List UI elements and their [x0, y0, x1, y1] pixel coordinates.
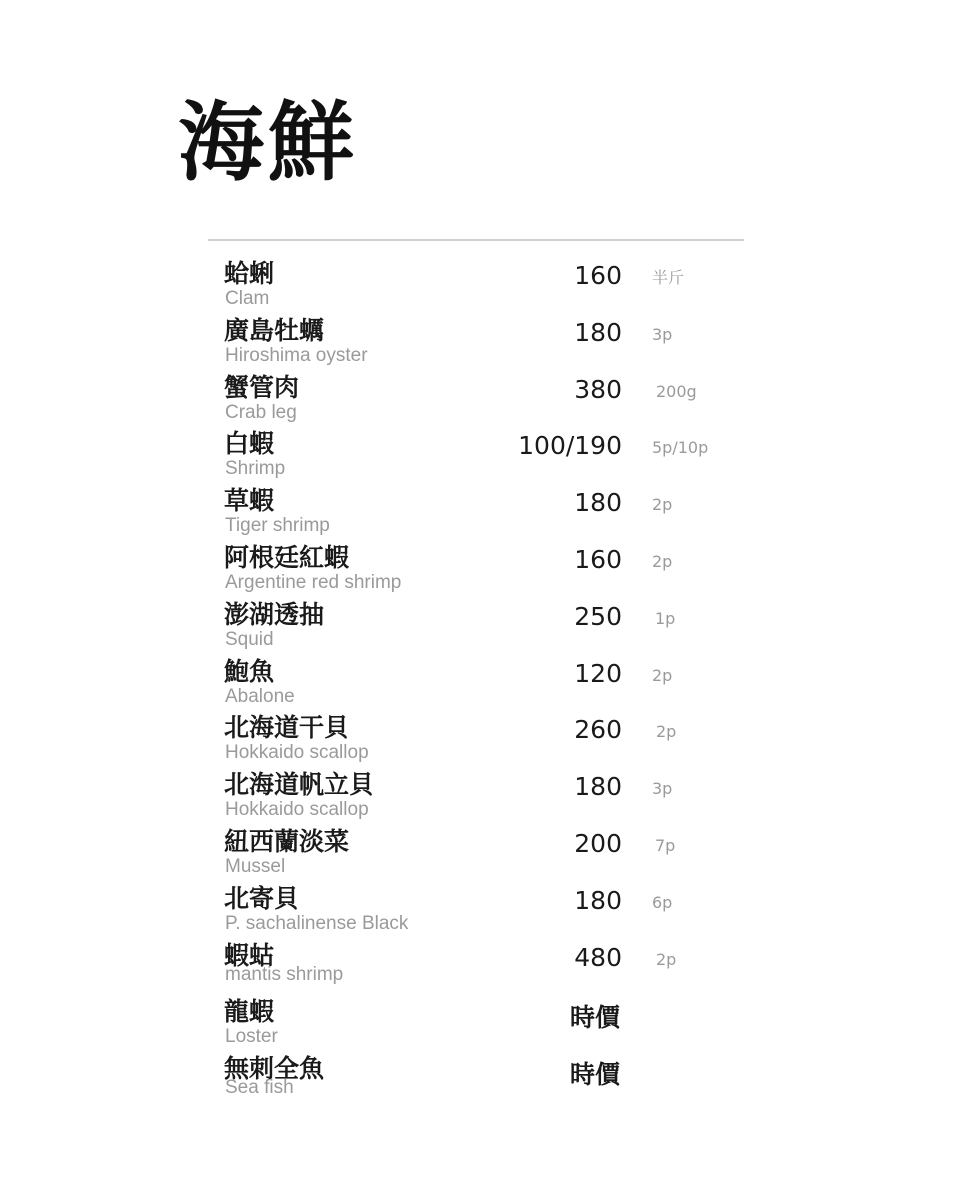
menu-item-mussel: 紐西蘭淡菜 Mussel 200 7p [224, 826, 744, 883]
item-name-en: Hokkaido scallop [225, 742, 369, 764]
item-name-zh: 阿根廷紅蝦 [224, 542, 349, 574]
item-price: 120 [574, 656, 622, 692]
item-price: 180 [574, 315, 622, 351]
item-name-zh: 蟹管肉 [224, 372, 299, 404]
item-price: 380 [574, 372, 622, 408]
divider [208, 239, 744, 241]
menu-item-hokkaido-scallop-dried: 北海道干貝 Hokkaido scallop 260 2p [224, 712, 744, 769]
item-unit: 2p [652, 551, 672, 573]
item-name-en: Squid [225, 629, 274, 651]
item-name-zh: 北海道帆立貝 [224, 769, 374, 801]
menu-item-shrimp: 白蝦 Shrimp 100/190 5p/10p [224, 428, 744, 485]
item-name-zh: 蛤蜊 [224, 258, 274, 290]
item-unit: 2p [656, 721, 676, 743]
item-name-zh: 北海道干貝 [224, 712, 349, 744]
item-name-zh: 紐西蘭淡菜 [224, 826, 349, 858]
menu-item-surf-clam: 北寄貝 P. sachalinense Black 180 6p [224, 883, 744, 940]
item-unit: 7p [655, 835, 675, 857]
menu-item-crab-leg: 蟹管肉 Crab leg 380 200g [224, 372, 744, 429]
item-name-en: mantis shrimp [225, 964, 343, 986]
item-price: 160 [574, 258, 622, 294]
menu-item-hokkaido-scallop: 北海道帆立貝 Hokkaido scallop 180 3p [224, 769, 744, 826]
item-unit: 2p [652, 494, 672, 516]
item-name-en: Loster [225, 1026, 278, 1048]
item-unit: 6p [652, 892, 672, 914]
item-name-en: Shrimp [225, 458, 285, 480]
menu-item-tiger-shrimp: 草蝦 Tiger shrimp 180 2p [224, 485, 744, 542]
menu-item-lobster: 龍蝦 Loster 時價 [224, 996, 744, 1053]
item-name-en: Hokkaido scallop [225, 799, 369, 821]
item-price: 250 [574, 599, 622, 635]
item-name-zh: 草蝦 [224, 485, 274, 517]
item-price: 時價 [570, 1000, 620, 1036]
item-name-en: Crab leg [225, 402, 297, 424]
item-price: 260 [574, 712, 622, 748]
menu-item-hiroshima-oyster: 廣島牡蠣 Hiroshima oyster 180 3p [224, 315, 744, 372]
item-unit: 3p [652, 778, 672, 800]
page-title: 海鮮 [178, 100, 358, 186]
menu-item-abalone: 鮑魚 Abalone 120 2p [224, 656, 744, 713]
item-price: 180 [574, 769, 622, 805]
item-unit: 3p [652, 324, 672, 346]
item-price: 160 [574, 542, 622, 578]
item-name-en: P. sachalinense Black [225, 913, 408, 935]
menu-item-squid: 澎湖透抽 Squid 250 1p [224, 599, 744, 656]
item-name-zh: 澎湖透抽 [224, 599, 324, 631]
item-price: 100/190 [518, 428, 622, 464]
item-price: 180 [574, 883, 622, 919]
item-name-en: Mussel [225, 856, 285, 878]
item-name-en: Abalone [225, 686, 295, 708]
menu-item-argentine-red-shrimp: 阿根廷紅蝦 Argentine red shrimp 160 2p [224, 542, 744, 599]
item-price: 180 [574, 485, 622, 521]
item-unit: 2p [652, 665, 672, 687]
item-name-zh: 龍蝦 [224, 996, 274, 1028]
item-unit: 2p [656, 949, 676, 971]
menu-item-sea-fish: 無刺全魚 Sea fish 時價 [224, 1053, 744, 1110]
item-price: 480 [574, 940, 622, 976]
item-price: 時價 [570, 1057, 620, 1093]
item-name-en: Hiroshima oyster [225, 345, 368, 367]
item-unit: 1p [655, 608, 675, 630]
item-unit: 200g [656, 381, 697, 403]
item-name-zh: 白蝦 [224, 428, 274, 460]
item-name-en: Sea fish [225, 1077, 294, 1099]
item-name-en: Tiger shrimp [225, 515, 330, 537]
item-name-zh: 鮑魚 [224, 656, 274, 688]
item-name-zh: 北寄貝 [224, 883, 299, 915]
item-name-en: Clam [225, 288, 269, 310]
menu-list: 蛤蜊 Clam 160 半斤 廣島牡蠣 Hiroshima oyster 180… [224, 258, 744, 1110]
item-name-en: Argentine red shrimp [225, 572, 401, 594]
item-name-zh: 廣島牡蠣 [224, 315, 324, 347]
menu-item-mantis-shrimp: 蝦蛄 mantis shrimp 480 2p [224, 940, 744, 997]
item-price: 200 [574, 826, 622, 862]
item-unit: 5p/10p [652, 437, 708, 459]
menu-item-clam: 蛤蜊 Clam 160 半斤 [224, 258, 744, 315]
item-unit: 半斤 [652, 267, 684, 289]
